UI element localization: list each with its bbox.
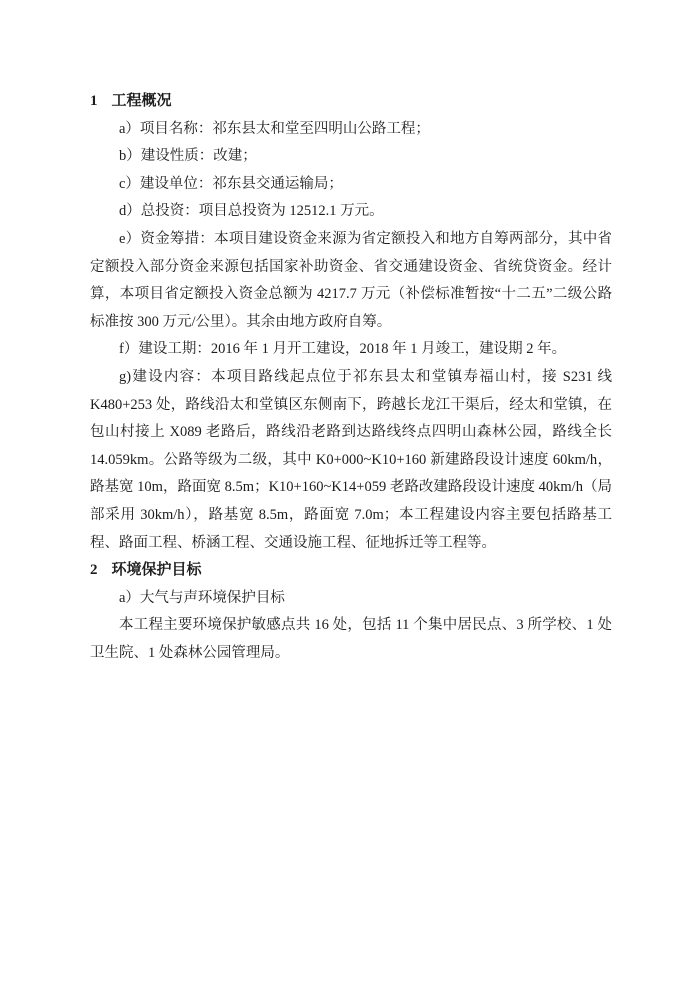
item-construction-period: f）建设工期：2016 年 1 月开工建设，2018 年 1 月竣工，建设期 2… — [90, 336, 612, 364]
document-page: 1工程概况 a）项目名称：祁东县太和堂至四明山公路工程； b）建设性质：改建； … — [0, 0, 700, 990]
item-total-investment: d）总投资：项目总投资为 12512.1 万元。 — [90, 198, 612, 226]
item-construction-nature: b）建设性质：改建； — [90, 143, 612, 171]
heading-environmental-protection-targets: 2环境保护目标 — [90, 557, 612, 585]
item-project-name: a）项目名称：祁东县太和堂至四明山公路工程； — [90, 116, 612, 144]
para-sensitive-points: 本工程主要环境保护敏感点共 16 处，包括 11 个集中居民点、3 所学校、1 … — [90, 612, 612, 667]
heading-number: 2 — [90, 557, 98, 585]
heading-title: 环境保护目标 — [112, 562, 202, 578]
heading-project-overview: 1工程概况 — [90, 88, 612, 116]
item-construction-unit: c）建设单位：祁东县交通运输局； — [90, 171, 612, 199]
item-funding-sources: e）资金筹措：本项目建设资金来源为省定额投入和地方自筹两部分，其中省定额投入部分… — [90, 226, 612, 336]
document-content: 1工程概况 a）项目名称：祁东县太和堂至四明山公路工程； b）建设性质：改建； … — [90, 88, 612, 667]
item-air-noise-target: a）大气与声环境保护目标 — [90, 585, 612, 613]
item-construction-content: g)建设内容：本项目路线起点位于祁东县太和堂镇寿福山村，接 S231 线 K48… — [90, 364, 612, 557]
heading-number: 1 — [90, 88, 98, 116]
heading-title: 工程概况 — [112, 93, 172, 109]
